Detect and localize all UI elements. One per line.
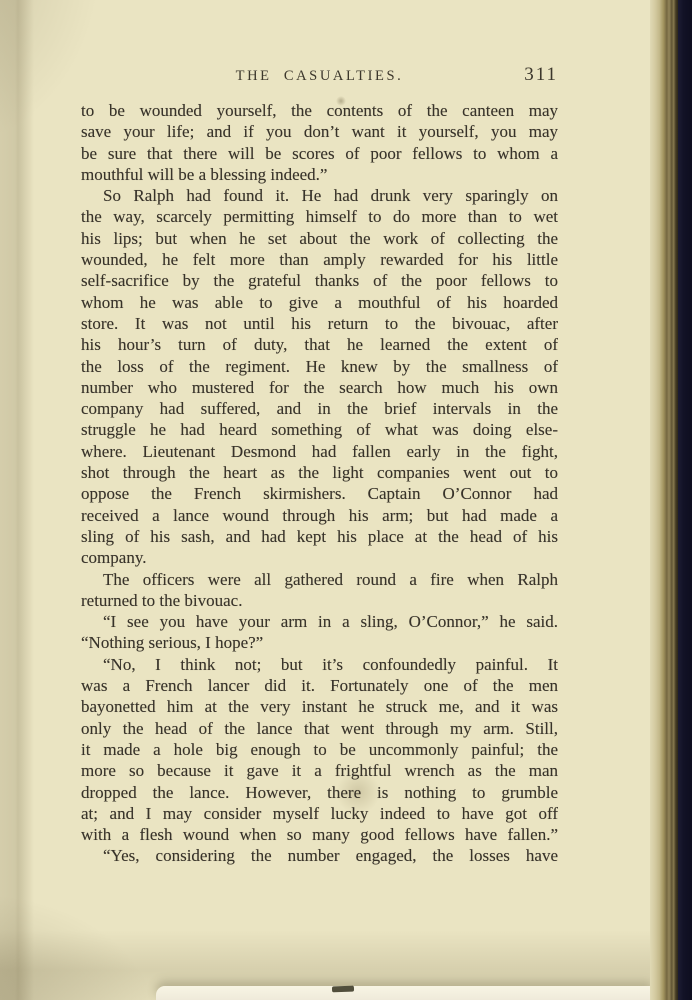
text-block: to be wounded yourself, the contents of …	[81, 100, 558, 867]
running-header: THE CASUALTIES. 311	[81, 64, 558, 88]
text-line: company had suffered, and in the brief i…	[81, 398, 558, 419]
book-page-edges	[650, 0, 678, 1000]
text-line: save your life; and if you don’t want it…	[81, 121, 558, 142]
text-line: his hour’s turn of duty, that he learned…	[81, 334, 558, 355]
text-line: shot through the heart as the light comp…	[81, 462, 558, 483]
ink-smudge	[332, 986, 354, 993]
text-line: store. It was not until his return to th…	[81, 313, 558, 334]
text-line: “Yes, considering the number engaged, th…	[81, 845, 558, 866]
text-line: with a flesh wound when so many good fel…	[81, 824, 558, 845]
text-line: returned to the bivouac.	[81, 590, 558, 611]
text-line: “I see you have your arm in a sling, O’C…	[81, 611, 558, 632]
text-line: bayonetted him at the very instant he st…	[81, 696, 558, 717]
running-header-title: THE CASUALTIES.	[81, 68, 558, 85]
scan-background-edge	[678, 0, 692, 1000]
text-line: wounded, he felt more than amply rewarde…	[81, 249, 558, 270]
text-line: number who mustered for the search how m…	[81, 377, 558, 398]
text-line: at; and I may consider myself lucky inde…	[81, 803, 558, 824]
text-line: where. Lieutenant Desmond had fallen ear…	[81, 441, 558, 462]
text-line: dropped the lance. However, there is not…	[81, 782, 558, 803]
text-line: received a lance wound through his arm; …	[81, 505, 558, 526]
text-line: So Ralph had found it. He had drunk very…	[81, 185, 558, 206]
text-line: “Nothing serious, I hope?”	[81, 632, 558, 653]
text-line: only the head of the lance that went thr…	[81, 718, 558, 739]
text-line: to be wounded yourself, the contents of …	[81, 100, 558, 121]
text-line: his lips; but when he set about the work…	[81, 228, 558, 249]
text-line: the loss of the regiment. He knew by the…	[81, 356, 558, 377]
page-number: 311	[524, 64, 558, 86]
text-line: whom he was able to give a mouthful of h…	[81, 292, 558, 313]
text-line: self-sacrifice by the grateful thanks of…	[81, 270, 558, 291]
text-line: company.	[81, 547, 558, 568]
text-line: oppose the French skirmishers. Captain O…	[81, 483, 558, 504]
text-line: sling of his sash, and had kept his plac…	[81, 526, 558, 547]
bottom-paper-strip	[156, 986, 652, 1000]
text-line: The officers were all gathered round a f…	[81, 569, 558, 590]
text-line: mouthful will be a blessing indeed.”	[81, 164, 558, 185]
text-line: it made a hole big enough to be uncommon…	[81, 739, 558, 760]
text-line: “No, I think not; but it’s confoundedly …	[81, 654, 558, 675]
text-line: struggle he had heard something of what …	[81, 419, 558, 440]
scanned-book-page: THE CASUALTIES. 311 to be wounded yourse…	[0, 0, 650, 1000]
text-line: the way, scarcely permitting himself to …	[81, 206, 558, 227]
text-line: more so because it gave it a frightful w…	[81, 760, 558, 781]
text-line: was a French lancer did it. Fortunately …	[81, 675, 558, 696]
text-line: be sure that there will be scores of poo…	[81, 143, 558, 164]
